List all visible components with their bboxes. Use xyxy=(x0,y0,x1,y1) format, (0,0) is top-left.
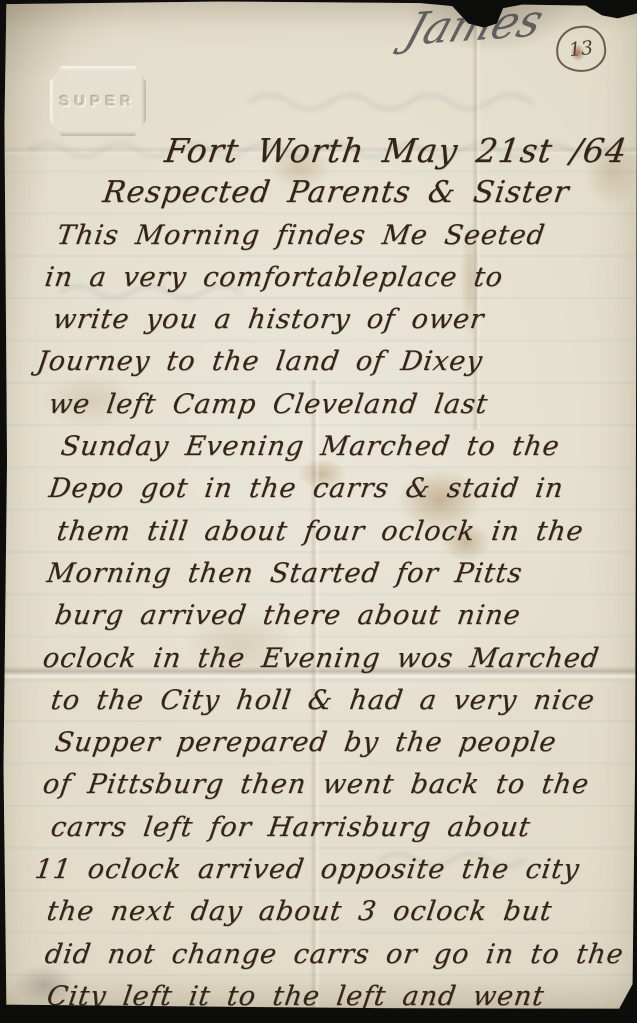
letter-line: burg arrived there about nine xyxy=(52,595,637,637)
letter-salutation: Respected Parents & Sister xyxy=(100,172,637,214)
letter-line: 11 oclock arrived opposite the city xyxy=(32,849,637,891)
letter-line: carrs left for Harrisburg about xyxy=(48,807,637,849)
scanned-letter-page: SUPER James 13 Fort Worth May 21st /64 R… xyxy=(0,0,637,1023)
letter-line: did not change carrs or go in to the xyxy=(42,934,637,976)
letter-line: in a very comfortableplace to xyxy=(42,257,637,299)
letter-line: City left it to the left and went xyxy=(44,976,637,1018)
letter-line: them till about four oclock in the xyxy=(54,511,637,553)
embossed-stamp-text: SUPER xyxy=(60,93,137,110)
letter-body: Fort Worth May 21st /64 Respected Parent… xyxy=(14,130,631,1018)
letter-line: to the City holl & had a very nice xyxy=(48,680,637,722)
embossed-stamp: SUPER xyxy=(50,66,146,136)
letter-line: we left Camp Cleveland last xyxy=(46,384,637,426)
letter-line: Morning then Started for Pitts xyxy=(44,553,637,595)
letter-line: write you a history of ower xyxy=(50,299,637,341)
circled-page-number-text: 13 xyxy=(568,37,594,61)
letter-line: This Morning findes Me Seeted xyxy=(54,215,637,257)
letter-line: the next day about 3 oclock but xyxy=(44,891,637,933)
letter-line: Sunday Evening Marched to the xyxy=(58,426,637,468)
letter-dateline: Fort Worth May 21st /64 xyxy=(162,130,637,172)
letter-line: oclock in the Evening wos Marched xyxy=(40,638,637,680)
letter-paper: SUPER James 13 Fort Worth May 21st /64 R… xyxy=(0,0,637,1023)
letter-line: Supper perepared by the people xyxy=(52,722,637,764)
letter-line: Journey to the land of Dixey xyxy=(34,341,637,383)
letter-line: of Pittsburg then went back to the xyxy=(40,764,637,806)
letter-line: Depo got in the carrs & staid in xyxy=(46,468,637,510)
